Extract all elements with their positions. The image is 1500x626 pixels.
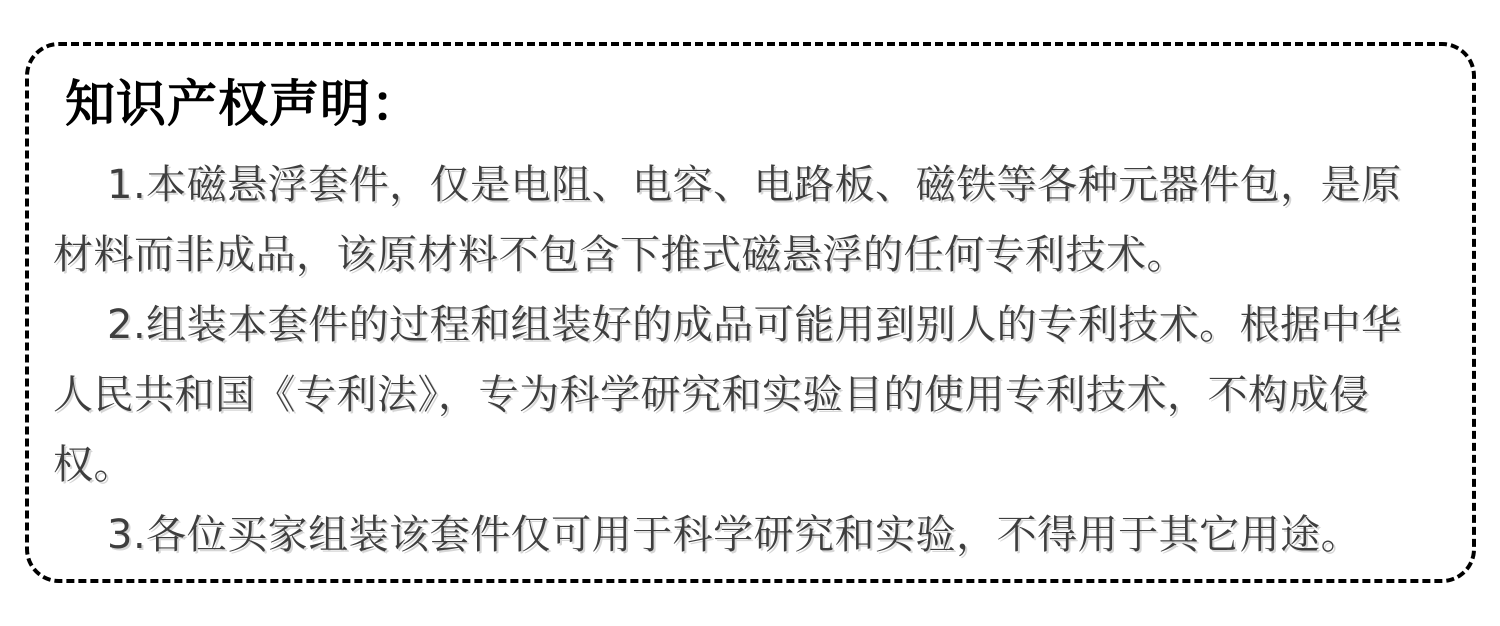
statement-body: 1.本磁悬浮套件，仅是电阻、电容、电路板、磁铁等各种元器件包，是原 材料而非成品…: [53, 150, 1452, 570]
ip-statement-box: 知识产权声明： 1.本磁悬浮套件，仅是电阻、电容、电路板、磁铁等各种元器件包，是…: [25, 42, 1476, 583]
statement-line-1: 1.本磁悬浮套件，仅是电阻、电容、电路板、磁铁等各种元器件包，是原: [53, 150, 1452, 220]
statement-line-5: 权。: [53, 430, 1452, 500]
ip-statement-page: 知识产权声明： 1.本磁悬浮套件，仅是电阻、电容、电路板、磁铁等各种元器件包，是…: [0, 0, 1500, 626]
page-title: 知识产权声明：: [65, 74, 1452, 134]
statement-line-4: 人民共和国《专利法》，专为科学研究和实验目的使用专利技术，不构成侵: [53, 360, 1452, 430]
statement-line-6: 3.各位买家组装该套件仅可用于科学研究和实验，不得用于其它用途。: [53, 500, 1452, 570]
statement-line-2: 材料而非成品，该原材料不包含下推式磁悬浮的任何专利技术。: [53, 220, 1452, 290]
statement-line-3: 2.组装本套件的过程和组装好的成品可能用到别人的专利技术。根据中华: [53, 290, 1452, 360]
